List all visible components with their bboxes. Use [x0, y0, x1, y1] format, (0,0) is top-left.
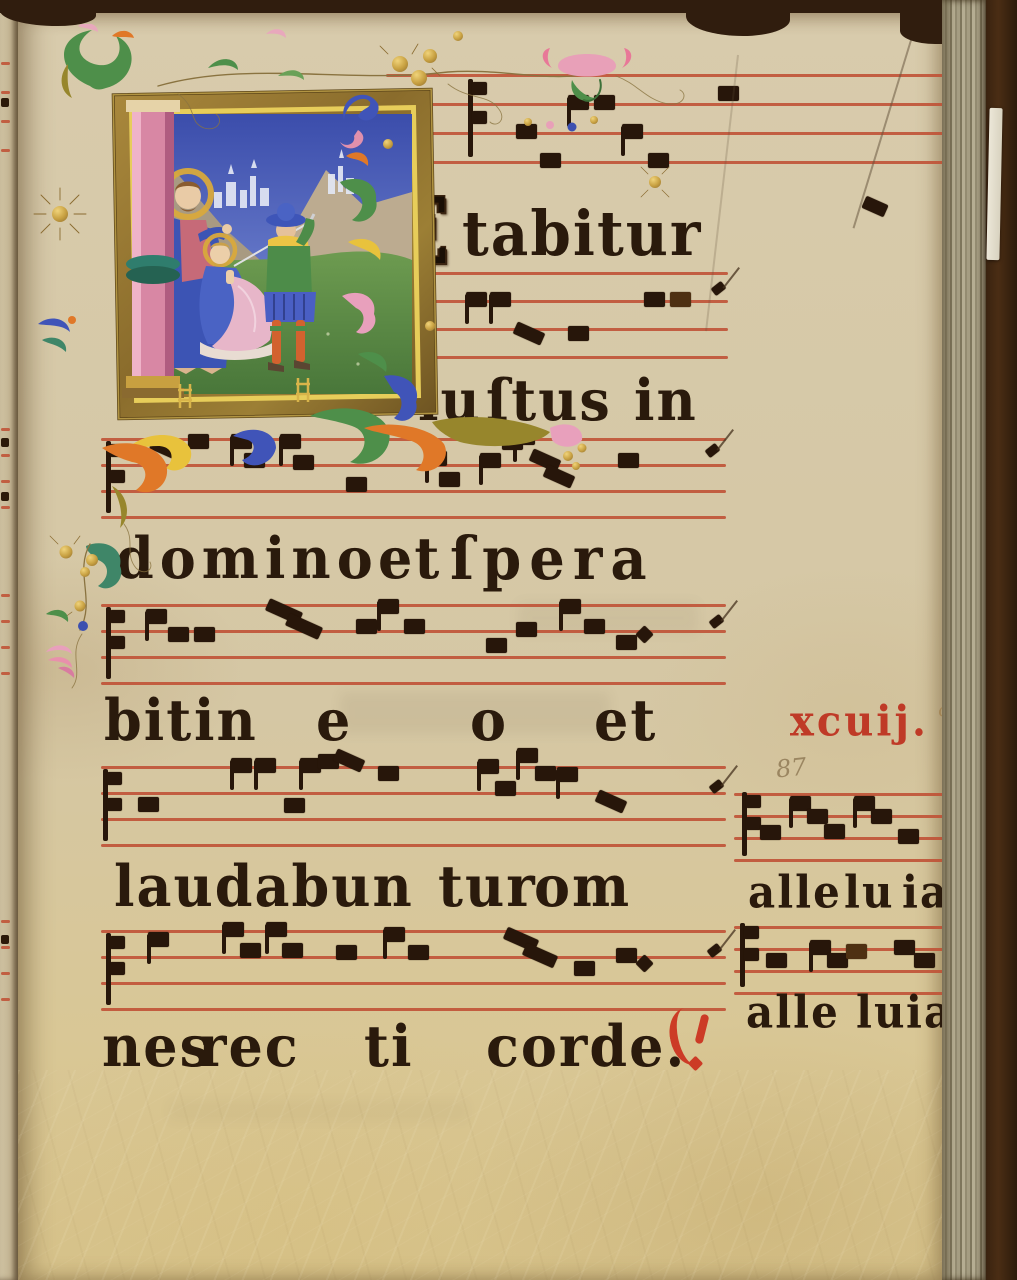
neume-punctum: [378, 766, 399, 781]
neume-tail: [299, 760, 303, 790]
neume-punctum: [846, 944, 867, 959]
staff-line: [734, 970, 974, 973]
clef-square: [744, 948, 759, 961]
lyric-word: tur: [438, 852, 537, 920]
neume-punctum: [138, 797, 159, 812]
neume-clivis: [522, 943, 558, 969]
neume-punctum: [914, 953, 935, 968]
neume-tail: [556, 769, 560, 799]
clef-square: [110, 936, 125, 949]
staff-line: [101, 766, 726, 769]
clef-square: [746, 817, 761, 830]
staff-line-stub: [1, 620, 10, 623]
neume-tail: [265, 924, 269, 954]
gold-balls: [380, 31, 463, 86]
neume-punctum: [557, 767, 578, 782]
parchment-page: Etabituriuſtusindominoetſperabitineoetla…: [18, 10, 942, 1280]
clef-square: [744, 926, 759, 939]
neume-clivis: [861, 196, 888, 218]
neume-punctum: [760, 825, 781, 840]
staff-line: [101, 1008, 726, 1011]
staff-line-stub: [1, 454, 10, 457]
neume-punctum: [574, 961, 595, 976]
parchment-wrinkles: [18, 1070, 942, 1280]
neume-punctum: [223, 922, 244, 937]
starburst-ball: [34, 188, 86, 240]
neume-punctum: [408, 945, 429, 960]
lyric-word: alle: [748, 866, 842, 918]
clef-square: [107, 772, 122, 785]
neume-tail: [383, 929, 387, 959]
neume-punctum: [282, 943, 303, 958]
staff-line: [101, 818, 726, 821]
staff-line: [101, 792, 726, 795]
neume-punctum: [255, 758, 276, 773]
neume-tail: [254, 760, 258, 790]
neume-punctum: [478, 759, 499, 774]
neume-punctum: [517, 748, 538, 763]
neume-stub: [1, 438, 9, 447]
lyric-word: corde.: [486, 1012, 686, 1080]
scratch-line: [853, 14, 920, 229]
staff-line-stub: [1, 646, 10, 649]
staff-line-stub: [1, 594, 10, 597]
pencil-foliation: 87: [775, 752, 808, 783]
neume-punctum: [266, 922, 287, 937]
neume-punctum: [827, 953, 848, 968]
staff-line: [734, 859, 974, 862]
neume-tail: [853, 798, 857, 828]
staff-line-stub: [1, 920, 10, 923]
clef-square: [110, 962, 125, 975]
staff-line-stub: [1, 972, 10, 975]
staff-line: [734, 926, 974, 929]
staff-line-stub: [1, 428, 10, 431]
neume-tail: [789, 798, 793, 828]
staff-line-stub: [1, 91, 10, 94]
ink-showthrough: [168, 1100, 468, 1122]
lyric-word: om: [534, 852, 631, 920]
staff-line: [101, 982, 726, 985]
neume-tail: [222, 924, 226, 954]
neume-punctum: [384, 927, 405, 942]
staff-line: [101, 844, 726, 847]
staff-line-stub: [1, 946, 10, 949]
lyric-word: ti: [364, 1012, 413, 1080]
neume-stub: [1, 492, 9, 501]
lyric-word: lu: [844, 866, 895, 918]
neume-punctum: [336, 945, 357, 960]
neume-punctum: [807, 809, 828, 824]
neume-punctum: [894, 940, 915, 955]
staff-line-stub: [1, 998, 10, 1001]
neume-tail: [477, 761, 481, 791]
miniature-scene: [138, 114, 412, 394]
manuscript-photo: Etabituriuſtusindominoetſperabitineoetla…: [0, 0, 1017, 1280]
page-stack-edge: [942, 0, 986, 1280]
lyric-word: nes: [102, 1012, 212, 1080]
lyric-word: lu: [856, 986, 907, 1038]
staff-line-stub: [1, 672, 10, 675]
neume-tail: [230, 760, 234, 790]
clef-square: [746, 795, 761, 808]
neume-punctum: [616, 948, 637, 963]
neume-tail: [147, 934, 151, 964]
pink-flower-motif: [543, 48, 632, 101]
neume-punctum: [495, 781, 516, 796]
staff-line: [101, 930, 726, 933]
staff-line-stub: [1, 506, 10, 509]
neume-punctum: [284, 798, 305, 813]
staff-line-stub: [1, 62, 10, 65]
pink-flower: [46, 645, 74, 678]
neume-tail: [516, 750, 520, 780]
neume-punctum: [871, 809, 892, 824]
historiated-initial: [28, 24, 728, 724]
neume-stub: [1, 935, 9, 944]
folio-number-rubric: xcuij.: [790, 697, 929, 746]
neume-punctum: [240, 943, 261, 958]
leather-top-band: [0, 0, 1017, 13]
neume-punctum: [766, 953, 787, 968]
neume-punctum: [824, 824, 845, 839]
neume-stub: [1, 98, 9, 107]
staff-line-stub: [1, 480, 10, 483]
neume-punctum: [535, 766, 556, 781]
facing-page-edge: [0, 10, 18, 1280]
neume-punctum: [148, 932, 169, 947]
lyric-word: alle: [746, 986, 840, 1038]
neume-tail: [809, 942, 813, 972]
staff-line-stub: [1, 120, 10, 123]
neume-punctum: [898, 829, 919, 844]
lyric-word: rec: [198, 1012, 300, 1080]
neume-punctum: [231, 758, 252, 773]
versicle-mark: [668, 1006, 718, 1078]
lyric-word: laudabun: [114, 852, 414, 920]
clef-square: [107, 798, 122, 811]
staff-line-stub: [1, 149, 10, 152]
